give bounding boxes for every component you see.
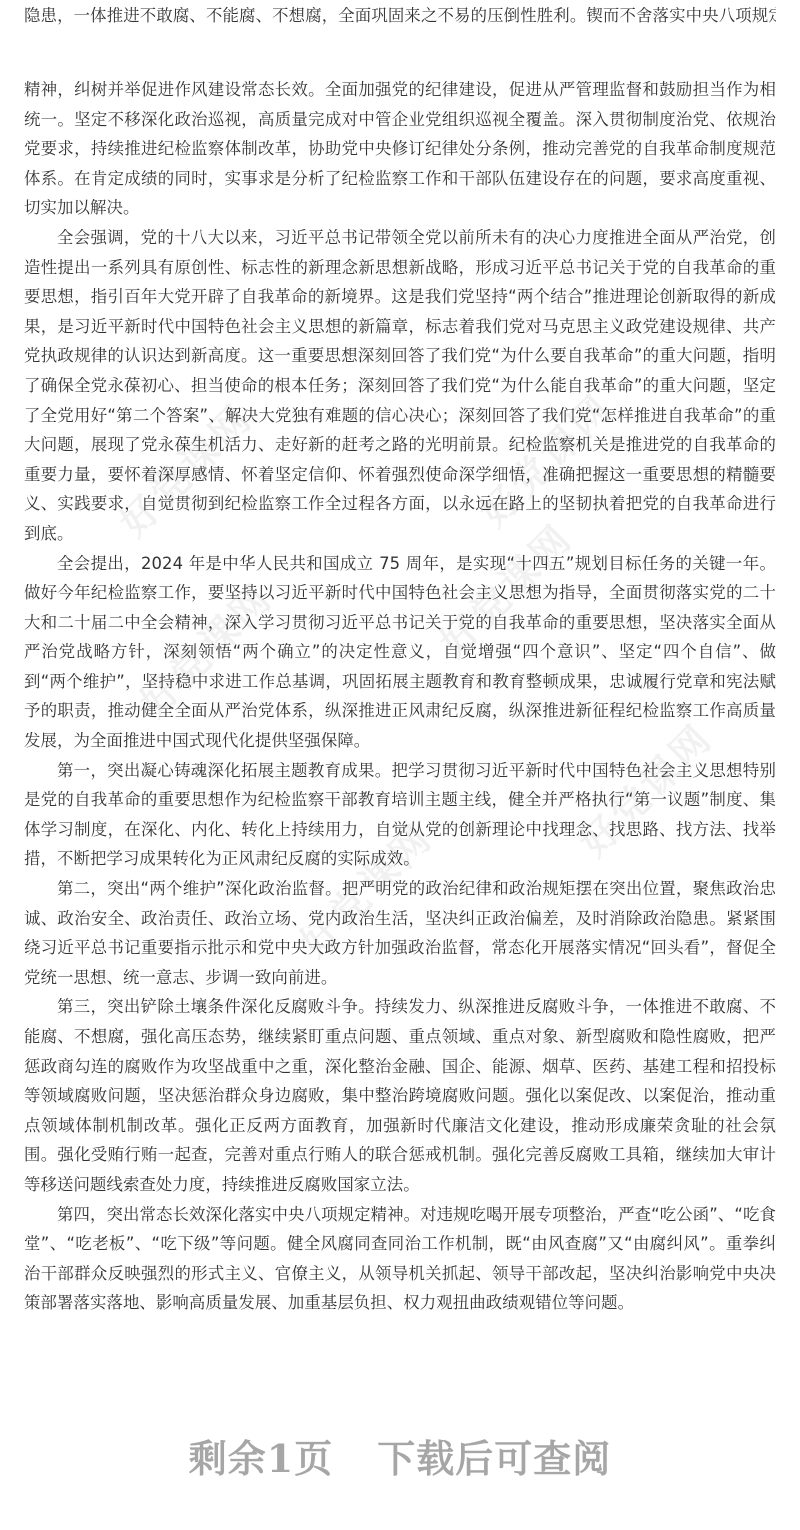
download-to-read-banner[interactable]: 剩余1页 下载后可查阅: [0, 1420, 800, 1490]
paragraph-point-one: 第一，突出凝心铸魂深化拓展主题教育成果。把学习贯彻习近平新时代中国特色社会主义思…: [24, 756, 776, 874]
paragraph-discipline-summary: 精神，纠树并举促进作风建设常态长效。全面加强党的纪律建设，促进从严管理监督和鼓励…: [24, 75, 776, 223]
paragraph-point-three: 第三，突出铲除土壤条件深化反腐败斗争。持续发力、纵深推进反腐败斗争，一体推进不敢…: [24, 992, 776, 1199]
paragraph-plenary-emphasis: 全会强调，党的十八大以来，习近平总书记带领全党以前所未有的决心力度推进全面从严治…: [24, 223, 776, 549]
paragraph-plenary-2024: 全会提出，2024 年是中华人民共和国成立 75 周年，是实现“十四五”规划目标…: [24, 549, 776, 756]
remaining-pages-label: 剩余1页: [189, 1428, 333, 1483]
paragraph-point-two: 第二，突出“两个维护”深化政治监督。把严明党的政治纪律和政治规矩摆在突出位置，聚…: [24, 874, 776, 992]
document-top-fragment: 隐患，一体推进不敢腐、不能腐、不想腐，全面巩固来之不易的压倒性胜利。锲而不舍落实…: [24, 4, 776, 28]
document-body: 精神，纠树并举促进作风建设常态长效。全面加强党的纪律建设，促进从严管理监督和鼓励…: [24, 75, 776, 1318]
download-prompt-label[interactable]: 下载后可查阅: [377, 1428, 611, 1483]
paragraph-point-four: 第四，突出常态长效深化落实中央八项规定精神。对违规吃喝开展专项整治，严查“吃公函…: [24, 1200, 776, 1318]
